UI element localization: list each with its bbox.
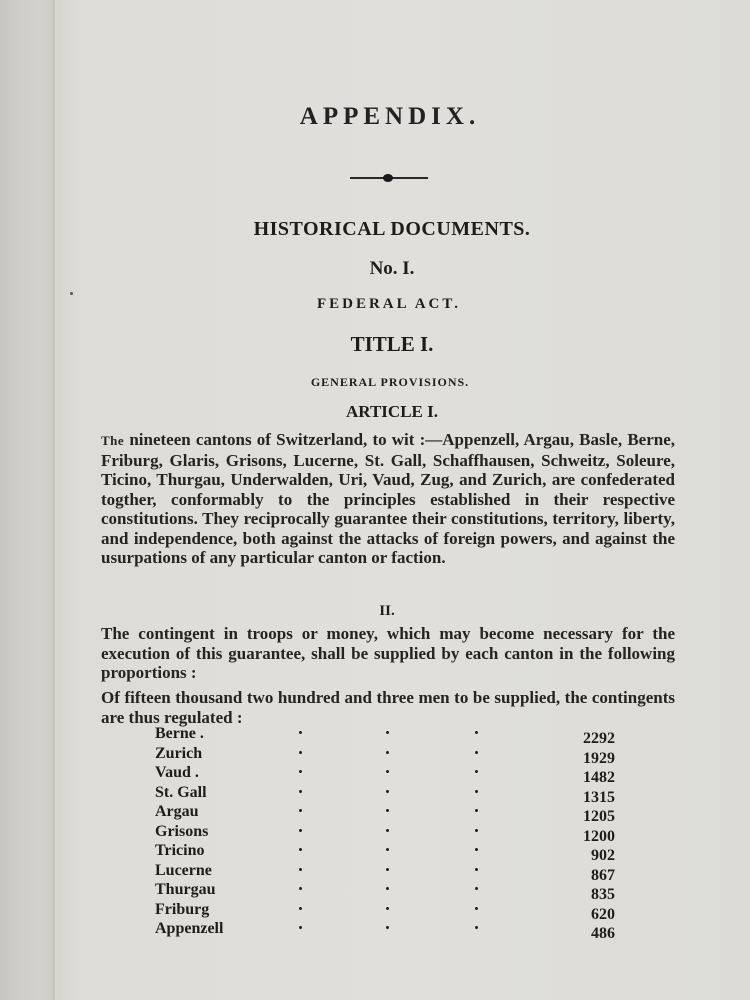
table-row: Berne .2292 [155,725,615,745]
canton-name: Vaud . [155,764,199,782]
article-1-heading: ARTICLE I. [17,402,750,422]
leader-dot [475,770,478,773]
canton-name: Zurich [155,745,202,763]
leader-dot [299,809,302,812]
leader-dot [386,829,389,832]
leader-dot [475,907,478,910]
canton-name: Friburg [155,901,209,919]
leader-dot [386,809,389,812]
leader-dot [299,848,302,851]
leader-dot [299,907,302,910]
table-row: Thurgau835 [155,881,615,901]
contingents-table: Berne .2292 Zurich1929 Vaud .1482 St. Ga… [155,725,615,940]
leader-dot [475,809,478,812]
canton-name: Argau [155,803,199,821]
lead-small-caps: The [101,433,124,448]
table-row: Appenzell486 [155,920,615,940]
appendix-heading: APPENDIX. [15,103,750,131]
title-heading: TITLE I. [17,332,750,357]
leader-dot [475,829,478,832]
table-row: Grisons1200 [155,823,615,843]
leader-dot [475,751,478,754]
leader-dot [386,887,389,890]
section-title: HISTORICAL DOCUMENTS. [17,218,750,241]
leader-dot [386,751,389,754]
table-row: Lucerne867 [155,862,615,882]
ornamental-rule-center [383,174,393,182]
leader-dot [475,848,478,851]
article-1-text: nineteen cantons of Switzerland, to wit … [101,430,675,567]
book-page: APPENDIX. HISTORICAL DOCUMENTS. No. I. F… [0,0,750,1000]
article-2-paragraph-1: The contingent in troops or money, which… [101,624,675,683]
document-number: No. I. [17,258,750,280]
paper-speck [70,292,73,295]
article-2-heading: II. [12,603,750,620]
leader-dot [386,731,389,734]
leader-dot [475,868,478,871]
table-row: Vaud .1482 [155,764,615,784]
men-count: 486 [555,925,615,943]
leader-dot [475,790,478,793]
leader-dot [299,790,302,793]
table-row: St. Gall1315 [155,784,615,804]
leader-dot [386,848,389,851]
leader-dot [475,887,478,890]
leader-dot [299,926,302,929]
leader-dot [386,907,389,910]
canton-name: Tricino [155,842,204,860]
canton-name: Appenzell [155,920,223,938]
canton-name: Thurgau [155,881,215,899]
leader-dot [299,868,302,871]
table-row: Friburg620 [155,901,615,921]
canton-name: Grisons [155,823,208,841]
leader-dot [386,926,389,929]
leader-dot [475,926,478,929]
leader-dot [386,868,389,871]
act-title: FEDERAL ACT. [14,296,750,313]
leader-dot [299,887,302,890]
leader-dot [386,790,389,793]
leader-dot [386,770,389,773]
table-row: Argau1205 [155,803,615,823]
table-row: Zurich1929 [155,745,615,765]
canton-name: Berne . [155,725,204,743]
canton-name: Lucerne [155,862,212,880]
leader-dot [475,731,478,734]
canton-name: St. Gall [155,784,207,802]
leader-dot [299,731,302,734]
leader-dot [299,770,302,773]
subheading: GENERAL PROVISIONS. [15,375,750,390]
table-row: Tricino902 [155,842,615,862]
leader-dot [299,829,302,832]
article-2-paragraph-2: Of fifteen thousand two hundred and thre… [101,688,675,727]
article-1-paragraph: The nineteen cantons of Switzerland, to … [101,430,675,568]
leader-dot [299,751,302,754]
